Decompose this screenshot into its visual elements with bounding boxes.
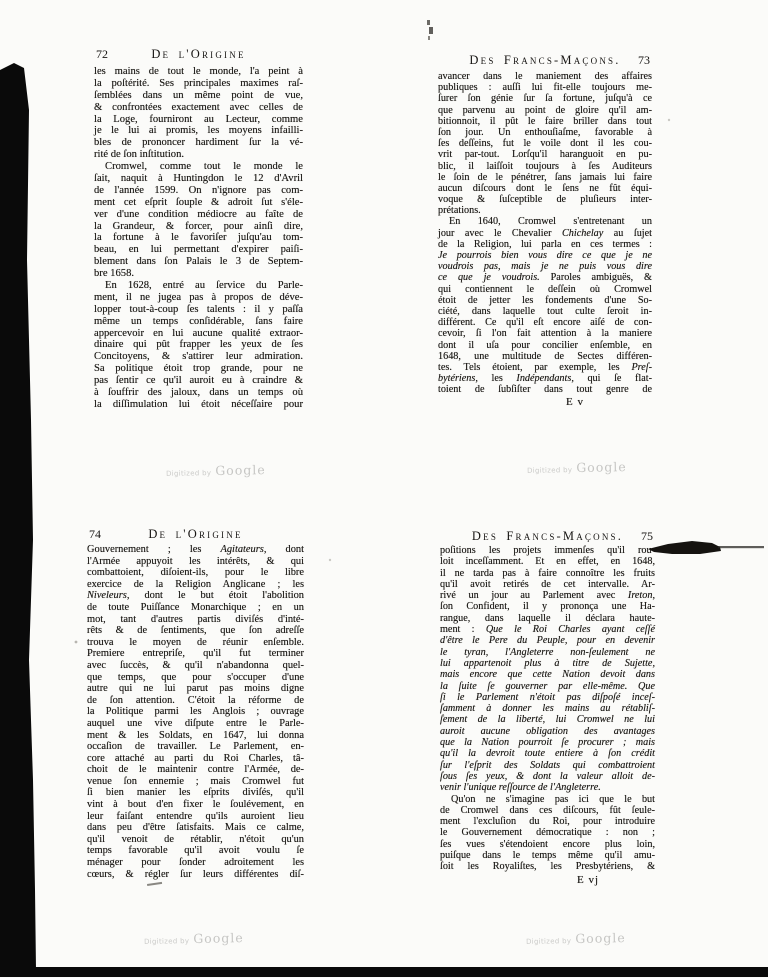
page-75: Des Francs-Maçons. 75 poſitions les proj… [440,529,655,886]
text-line: Cromwel, comme tout le monde le [94,161,303,173]
text-line: ment, il ne jugea pas à propos de déve- [94,292,303,304]
text-line: toient de ſubſiſter dans tout genre de [438,384,652,395]
google-logo-text: Google [575,930,626,946]
text-line: aucun diſcours dont le ſens ne fût équi- [438,183,652,194]
text-line: de Cromwel dans ces diſcours, fût ſeule- [440,805,655,816]
text-line: dont il uſa pour concilier enſemble, en [438,340,652,351]
text-line: qu'il venoit de rétablir, n'étoit qu'un [87,834,304,846]
text-line: Niveleurs, dont le but étoit l'abolition [87,590,304,602]
scan-speck [428,36,430,40]
text-line: blic, il laiſſoit toujours à ſes Auditeu… [438,161,652,172]
google-watermark: Digitized by Google [527,458,627,478]
text-line: que parvenu au point de gloire qu'il am- [438,105,652,116]
running-header: 74 De l'Origine [87,527,304,542]
text-line: ment : Que le Roi Charles ayant ceſſé [440,624,655,635]
page-number: 75 [641,529,653,544]
text-line: cœurs, & régler ſur leurs différentes di… [87,869,304,881]
text-line: auquel une vive diſpute entre le Parle- [87,718,304,730]
text-line: mot, tant d'autres partis diviſés d'inté… [87,614,304,626]
watermark-prefix: Digitized by [166,469,211,478]
text-line: que temps, que pour s'occuper d'une [87,672,304,684]
text-line: tes. Tels étoient, par exemple, les Preſ… [438,362,652,373]
text-line: étoit de jetter les fondements d'une So- [438,295,652,306]
text-line: la ſuite ſe gouverner par elle-même. Que [440,681,655,692]
text-line: lopper tout-à-coup ſes talents : il y pa… [94,304,303,316]
text-line: de ſon attention. C'étoit la réforme de [87,695,304,707]
text-line: rivé un jour au Parlement avec Ireton, [440,590,655,601]
text-line: la diſſimulation lui étoit néceſſaire po… [94,399,303,411]
text-line: ſi bien manier les eſprits diviſés, qu'i… [87,787,304,799]
text-line: avec ſuccès, & qu'il n'abandonna quel- [87,660,304,672]
text-line: bitionnoit, il pût le faire briller dans… [438,116,652,127]
text-line: Qu'on ne s'imagine pas ici que le but [440,794,655,805]
text-line: rêts & de ſentiments, que ſon adreſſe [87,625,304,637]
text-line: la Grandeur, & forcer, pour ainſi dire, [94,221,303,233]
text-line: lui appartenoit plus à titre de Sujette, [440,658,655,669]
scan-speck [427,20,430,25]
text-line: & confrontées exactement avec celles de [94,102,303,114]
text-line: mais encore que cette Nation devoit dans [440,669,655,680]
text-line: autre qui ne lui parut pas moins digne [87,683,304,695]
text-line: beau, en lui permettant d'expirer paiſi- [94,244,303,256]
text-line: leur faiſant entendre qu'ils auroient li… [87,811,304,823]
google-logo-text: Google [193,930,244,946]
text-line: pas ſentir ce qu'il auroit eu à craindre… [94,375,303,387]
scan-border-left [0,63,36,970]
page-body: avancer dans le maniement des affairespu… [438,71,652,395]
text-line: ſon jour. Un enthouſiaſme, favorable à [438,127,652,138]
text-line: exercice de la Religion Anglicane ; les [87,579,304,591]
text-line: voque & ſuſceptible de pluſieurs inter- [438,194,652,205]
text-line: bles de prononcer hardiment ſur la vé- [94,137,303,149]
page-73: Des Francs-Maçons. 73 avancer dans le ma… [438,53,652,408]
text-line: ciété, dans laquelle tout culte ſeroit i… [438,306,652,317]
text-line: la Loge, fourniront au Lecteur, comme [94,114,303,126]
text-line: ment l'excluſion du Roi, pour introduire [440,816,655,827]
text-line: la fortune à le favoriſer juſqu'au tom- [94,232,303,244]
text-line: cevoir, ſi l'on fait attention à la mani… [438,328,652,339]
google-watermark: Digitized by Google [166,461,266,481]
text-line: les mains de tout le monde, l'a peint à [94,66,303,78]
scan-speck [429,27,433,34]
text-line: de la Religion, lui parla en ces termes … [438,239,652,250]
running-title: Des Francs-Maçons. [440,529,655,544]
text-line: le Gouvernement démocratique : non ; [440,827,655,838]
text-line: ver d'une condition médiocre au faîte de [94,209,303,221]
text-line: bytériens, les Indépendants, qui ſe flat… [438,373,652,384]
text-line: ſous ſes yeux, & dont la valeur alloit d… [440,771,655,782]
text-line: core attaché au parti du Roi Charles, tâ… [87,753,304,765]
text-line: avancer dans le maniement des affaires [438,71,652,82]
text-line: ſur l'eſprit des Soldats qui combattroie… [440,760,655,771]
text-line: que la Nation pourroit ſe procurer ; mai… [440,737,655,748]
watermark-prefix: Digitized by [527,466,572,475]
text-line: rangue, dans laquelle il déclara haute- [440,613,655,624]
text-line: la poſtérité. Ses principales maximes ra… [94,78,303,90]
running-title: Des Francs-Maçons. [438,53,652,68]
running-title: De l'Origine [87,527,304,542]
text-line: d'être le Pere du Peuple, pour en deveni… [440,635,655,646]
ink-smudge-tail [718,546,764,548]
google-watermark: Digitized by Google [144,929,244,949]
text-line: l'Armée appuyoit les intérêts, & qui [87,556,304,568]
text-line: Je pourrois bien vous dire ce que je ne [438,250,652,261]
text-line: venir l'unique reſſource de l'Angleterre… [440,782,655,793]
text-line: blement dans ſon Palais le 3 de Septem- [94,256,303,268]
text-line: de l'année 1599. On n'ignore pas com- [94,185,303,197]
text-line: 1648, une multitude de Sectes différen- [438,351,652,362]
book-scan: 72 De l'Origine les mains de tout le mon… [0,0,768,978]
google-logo-text: Google [215,462,266,478]
text-line: Premiere entrepriſe, qu'il fut terminer [87,648,304,660]
running-header: 72 De l'Origine [94,47,303,62]
text-line: En 1640, Cromwel s'entretenant un [438,216,652,227]
text-line: En 1628, entré au ſervice du Parle- [94,280,303,292]
text-line: à ſouffrir des jaloux, dans un temps où [94,387,303,399]
text-line: ſes deſſeins, fut le voile dont il les c… [438,138,652,149]
page-74: 74 De l'Origine Gouvernement ; les Agita… [87,527,304,880]
page-body: poſitions les projets immenſes qu'il rou… [440,545,655,873]
text-line: ſamment à donner les mains au rétabliſ- [440,703,655,714]
text-line: qui contiennent le deſſein où Cromwel [438,284,652,295]
text-line: dinaire qui pût frapper les yeux de ſes [94,339,303,351]
text-line: poſitions les projets immenſes qu'il rou… [440,545,655,556]
pen-dash [147,882,162,886]
text-line: trouva le moyen de réunir enſemble. [87,637,304,649]
text-line: dans peu d'être ſatisfaits. Mais ce calm… [87,822,304,834]
text-line: ſement de la liberté, lui Cromwel ne lui [440,714,655,725]
text-line: ment cet eſprit ſouple & adroit ſut s'él… [94,197,303,209]
text-line: qu'il avoit retirés de cet intervalle. A… [440,579,655,590]
text-line: auroit aucune obligation des avantages [440,726,655,737]
text-line: loit inceſſamment. Et en effet, en 1648, [440,556,655,567]
text-line: ménager pour ſonder adroitement les [87,857,304,869]
text-line: venue ſon ennemie ; mais Cromwel fut [87,776,304,788]
page-body: les mains de tout le monde, l'a peint àl… [94,66,303,411]
text-line: ſemblées dans un même point de vue, [94,90,303,102]
text-line: Sa politique étoit trop grande, pour ne [94,363,303,375]
page-number: 72 [96,47,108,62]
running-title: De l'Origine [94,47,303,62]
gathering-signature: E vj [440,874,655,886]
text-line: ce que je voudrois. Paroles ambiguës, & [438,272,652,283]
text-line: temps favorable qu'il avoit voulu ſe [87,845,304,857]
text-line: la Politique parmi les Anglois ; ouvrage [87,706,304,718]
text-line: choit de le maintenir contre l'Armée, de… [87,764,304,776]
text-line: ſurer ſon génie ſur ſa fortune, juſqu'à … [438,93,652,104]
text-line: Gouvernement ; les Agitateurs, dont [87,544,304,556]
text-line: ment & les Soldats, en 1647, lui donna [87,730,304,742]
page-number: 73 [638,53,650,68]
watermark-prefix: Digitized by [526,937,571,946]
text-line: ſi le Parlement n'étoit pas diſpoſé ince… [440,692,655,703]
text-line: ſon Confident, il y prononça une Ha- [440,601,655,612]
text-line: ſes vues s'étendoient encore plus loin, [440,839,655,850]
text-line: appercevoir en lui aucune qualité extrao… [94,328,303,340]
text-line: même un temps conſidérable, ſans faire [94,316,303,328]
running-header: Des Francs-Maçons. 73 [438,53,652,68]
text-line: le tyran, l'Angleterre non-ſeulement ne [440,647,655,658]
text-line: puiſque dans le temps même qu'il amu- [440,850,655,861]
gathering-signature: E v [438,396,652,408]
text-line: Concitoyens, & s'attirer leur admiration… [94,351,303,363]
text-line: de toute Puiſſance Monarchique ; en un [87,602,304,614]
text-line: combattoient, diſoient-ils, pour le libr… [87,567,304,579]
page-number: 74 [89,527,101,542]
text-line: qu'il la devroit toute entiere à ſon cré… [440,748,655,759]
text-line: rité de ſon inſtitution. [94,149,303,161]
text-line: prétations. [438,205,652,216]
text-line: ſait, naquit à Huntingdon le 12 d'Avril [94,173,303,185]
google-watermark: Digitized by Google [526,929,626,949]
running-header: Des Francs-Maçons. 75 [440,529,655,544]
text-line: vrit par-tout. Lorſqu'il haranguoit en p… [438,149,652,160]
text-line: voudrois pas, mais je ne puis vous dire [438,261,652,272]
text-line: il ne tarda pas à faire connoître les fr… [440,568,655,579]
text-line: occaſion de travailler. Le Parlement, en… [87,741,304,753]
text-line: vint à bout d'en fixer le ſoulévement, e… [87,799,304,811]
ink-smudge [648,541,721,554]
text-line: le ſoin de le pénétrer, ſans jamais lui … [438,172,652,183]
text-line: je le lui ai promis, les moyens infailli… [94,125,303,137]
page-body: Gouvernement ; les Agitateurs, dontl'Arm… [87,544,304,880]
page-72: 72 De l'Origine les mains de tout le mon… [94,47,303,411]
text-line: différent. Ce qu'il eſt encore aiſé de c… [438,317,652,328]
scan-speck [75,641,78,644]
scan-speck [329,559,331,561]
watermark-prefix: Digitized by [144,937,189,946]
text-line: publiques : auſſi lui fit-elle toujours … [438,82,652,93]
text-line: jour avec le Chevalier Chichelay au ſuje… [438,228,652,239]
scan-speck [668,119,670,121]
scan-border-bottom [0,967,768,977]
text-line: bre 1658. [94,268,303,280]
google-logo-text: Google [576,459,627,475]
text-line: ſoit les Royaliſtes, les Presbytériens, … [440,861,655,872]
